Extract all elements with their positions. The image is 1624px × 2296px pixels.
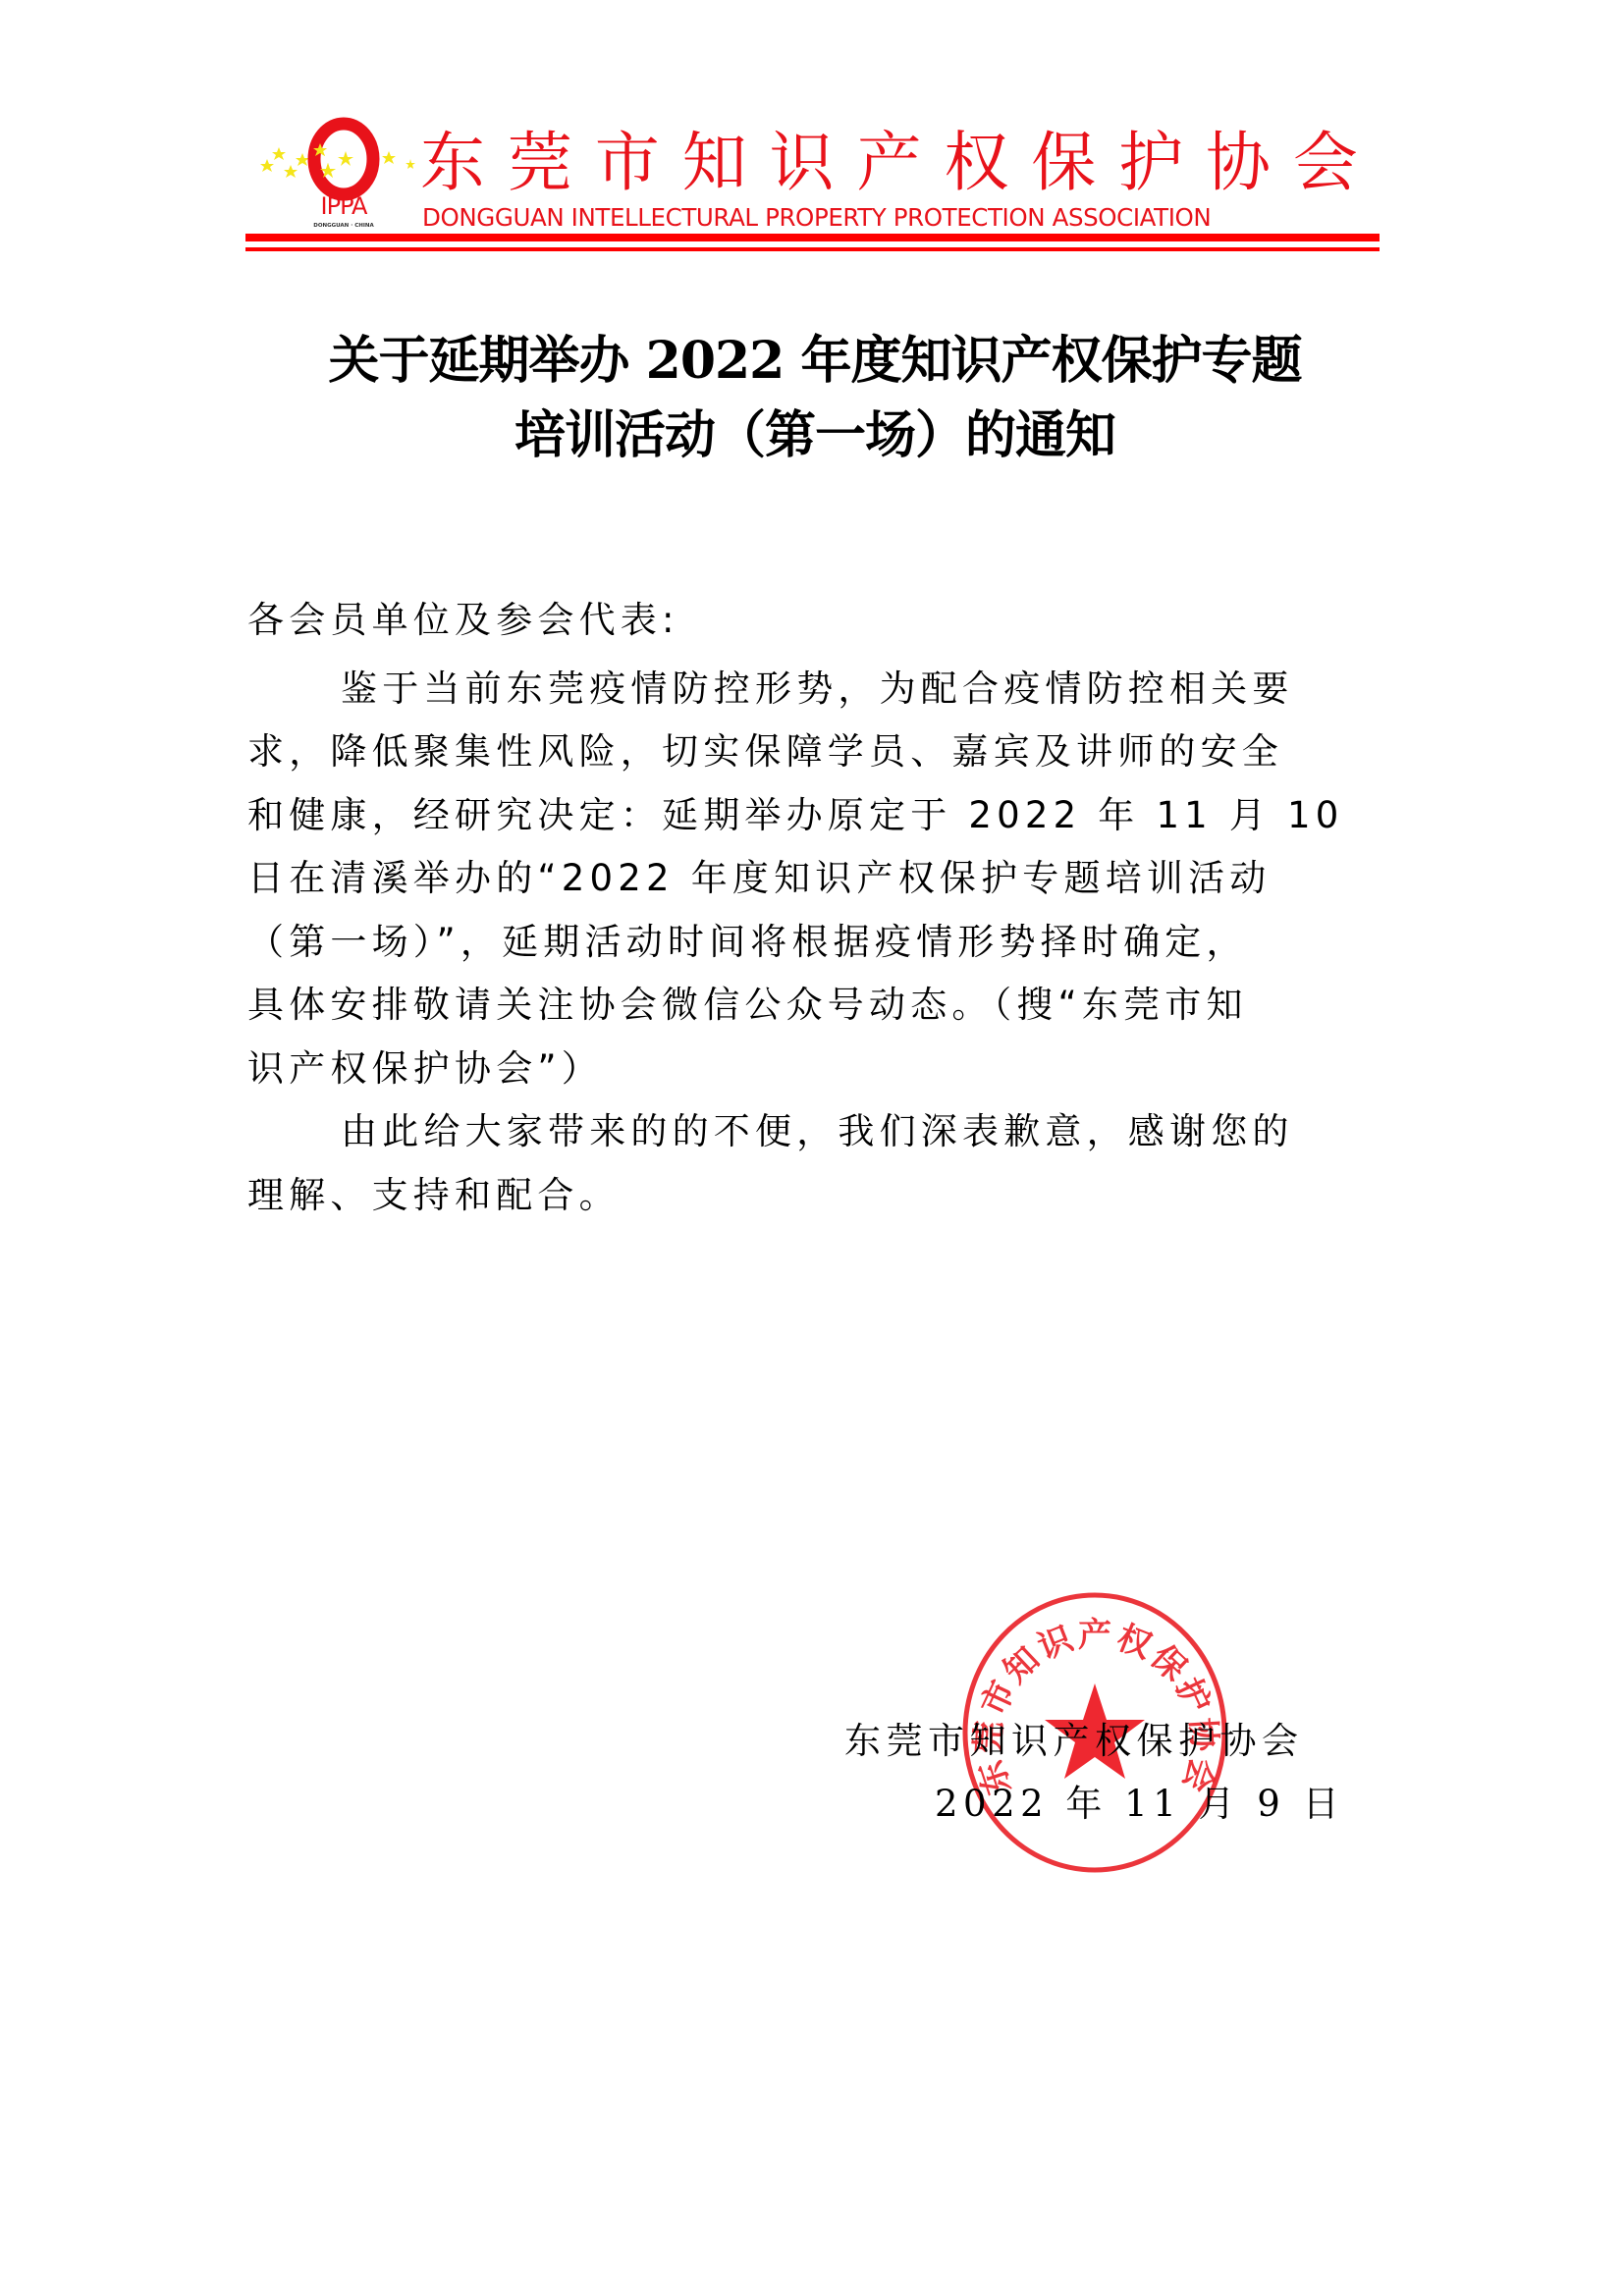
document-title: 关于延期举办 2022 年度知识产权保护专题 培训活动（第一场）的通知	[245, 324, 1384, 473]
paragraph-announcement: 鉴于当前东莞疫情防控形势，为配合疫情防控相关要 求，降低聚集性风险，切实保障学员…	[247, 658, 1382, 1101]
notice-body: 各会员单位及参会代表: 鉴于当前东莞疫情防控形势，为配合疫情防控相关要 求，降低…	[247, 589, 1382, 1227]
paragraph-line: 理解、支持和配合。	[247, 1164, 1382, 1228]
ippa-ring-stars-icon: IPPA DONGGUAN · CHINA	[245, 108, 422, 236]
org-name-char: 市	[595, 128, 660, 198]
logo-acronym: IPPA	[321, 192, 368, 220]
salutation: 各会员单位及参会代表:	[247, 589, 1382, 653]
org-name-char: 权	[944, 128, 1008, 198]
letterhead: IPPA DONGGUAN · CHINA 东 莞 市 知 识 产 权 保 护 …	[245, 108, 1380, 255]
paragraph-line: 求，降低聚集性风险，切实保障学员、嘉宾及讲师的安全	[247, 721, 1382, 784]
title-line-2: 培训活动（第一场）的通知	[245, 399, 1384, 473]
org-name-english: DONGGUAN INTELLECTURAL PROPERTY PROTECTI…	[422, 204, 1355, 232]
paragraph-line: （第一场）”，延期活动时间将根据疫情形势择时确定，	[247, 911, 1382, 975]
paragraph-line: 鉴于当前东莞疫情防控形势，为配合疫情防控相关要	[247, 658, 1382, 721]
official-seal: 东莞市知识产权保护协会	[952, 1590, 1237, 1875]
logo-subline: DONGGUAN · CHINA	[313, 223, 374, 229]
paragraph-line: 日在清溪举办的“2022 年度知识产权保护专题培训活动	[247, 847, 1382, 911]
org-name-chinese: 东 莞 市 知 识 产 权 保 护 协 会	[420, 128, 1358, 198]
org-name-char: 会	[1293, 128, 1358, 198]
org-name-char: 护	[1118, 128, 1183, 198]
paragraph-apology: 由此给大家带来的的不便，我们深表歉意，感谢您的 理解、支持和配合。	[247, 1100, 1382, 1227]
paragraph-line: 具体安排敬请关注协会微信公众号动态。（搜“东莞市知	[247, 974, 1382, 1038]
org-name-char: 产	[856, 128, 921, 198]
header-rule-thin	[245, 247, 1380, 251]
paragraph-line: 和健康，经研究决定：延期举办原定于 2022 年 11 月 10	[247, 784, 1382, 848]
header-rule-thick	[245, 234, 1380, 241]
paragraph-line: 识产权保护协会”）	[247, 1038, 1382, 1101]
paragraph-line: 由此给大家带来的的不便，我们深表歉意，感谢您的	[247, 1100, 1382, 1164]
title-line-1: 关于延期举办 2022 年度知识产权保护专题	[245, 324, 1384, 399]
org-name-char: 莞	[508, 128, 572, 198]
ippa-logo: IPPA DONGGUAN · CHINA	[245, 108, 422, 236]
org-name-char: 知	[682, 128, 747, 198]
official-seal-stamp-icon: 东莞市知识产权保护协会	[952, 1590, 1237, 1875]
org-name-char: 保	[1031, 128, 1096, 198]
org-name-char: 识	[770, 128, 835, 198]
org-name-char: 东	[420, 128, 485, 198]
org-name-char: 协	[1206, 128, 1271, 198]
